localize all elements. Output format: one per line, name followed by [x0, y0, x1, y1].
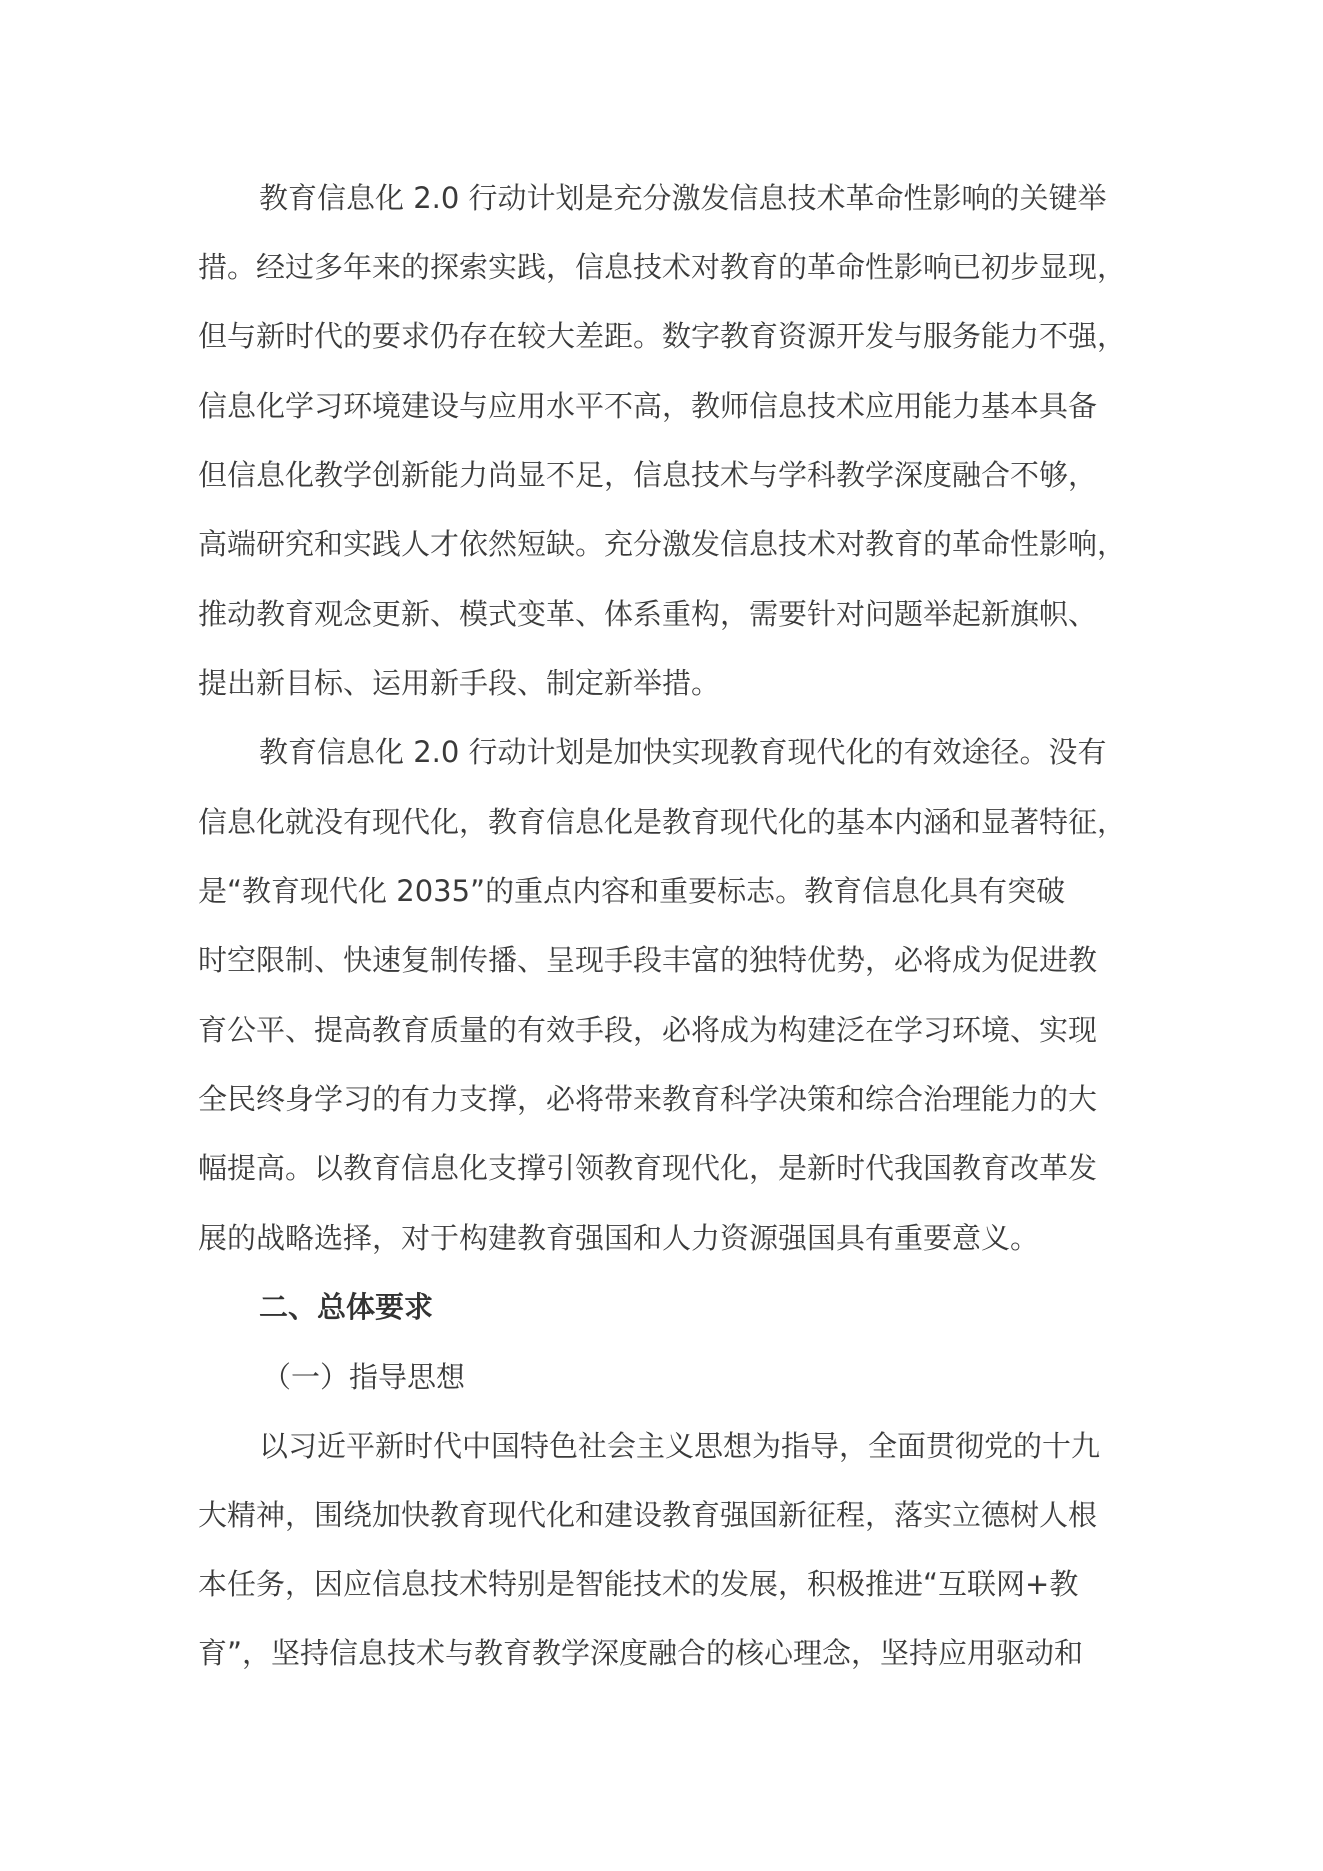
paragraph-line: 是“教育现代化 2035”的重点内容和重要标志。教育信息化具有突破 [198, 871, 1065, 911]
paragraph-line: 教育信息化 2.0 行动计划是充分激发信息技术革命性影响的关键举 [259, 178, 1107, 218]
paragraph-line: 措。经过多年来的探索实践，信息技术对教育的革命性影响已初步显现， [198, 247, 1126, 287]
paragraph-line: 全民终身学习的有力支撑，必将带来教育科学决策和综合治理能力的大 [198, 1079, 1097, 1119]
paragraph-line: 大精神，围绕加快教育现代化和建设教育强国新征程，落实立德树人根 [198, 1495, 1097, 1535]
paragraph-line: 时空限制、快速复制传播、呈现手段丰富的独特优势，必将成为促进教 [198, 940, 1097, 980]
paragraph-line: 推动教育观念更新、模式变革、体系重构，需要针对问题举起新旗帜、 [198, 594, 1097, 634]
paragraph-line: 育公平、提高教育质量的有效手段，必将成为构建泛在学习环境、实现 [198, 1010, 1097, 1050]
paragraph-line: 以习近平新时代中国特色社会主义思想为指导，全面贯彻党的十九 [259, 1426, 1100, 1466]
paragraph-line: 本任务，因应信息技术特别是智能技术的发展，积极推进“互联网+教 [198, 1564, 1078, 1604]
paragraph-line: 育”，坚持信息技术与教育教学深度融合的核心理念，坚持应用驱动和 [198, 1633, 1083, 1673]
section-heading: 二、总体要求 [259, 1287, 433, 1327]
paragraph-line: 幅提高。以教育信息化支撑引领教育现代化，是新时代我国教育改革发 [198, 1148, 1097, 1188]
paragraph-line: 信息化学习环境建设与应用水平不高，教师信息技术应用能力基本具备 [198, 386, 1097, 426]
paragraph-line: 但与新时代的要求仍存在较大差距。数字教育资源开发与服务能力不强， [198, 316, 1126, 356]
paragraph-line: 展的战略选择，对于构建教育强国和人力资源强国具有重要意义。 [198, 1218, 1039, 1258]
paragraph-line: 信息化就没有现代化，教育信息化是教育现代化的基本内涵和显著特征， [198, 802, 1126, 842]
paragraph-line: 教育信息化 2.0 行动计划是加快实现教育现代化的有效途径。没有 [259, 732, 1107, 772]
subsection-heading: （一）指导思想 [262, 1357, 465, 1397]
paragraph-line: 提出新目标、运用新手段、制定新举措。 [198, 663, 720, 703]
document-page: 教育信息化 2.0 行动计划是充分激发信息技术革命性影响的关键举 措。经过多年来… [0, 0, 1323, 1871]
paragraph-line: 高端研究和实践人才依然短缺。充分激发信息技术对教育的革命性影响， [198, 524, 1126, 564]
paragraph-line: 但信息化教学创新能力尚显不足，信息技术与学科教学深度融合不够， [198, 455, 1097, 495]
